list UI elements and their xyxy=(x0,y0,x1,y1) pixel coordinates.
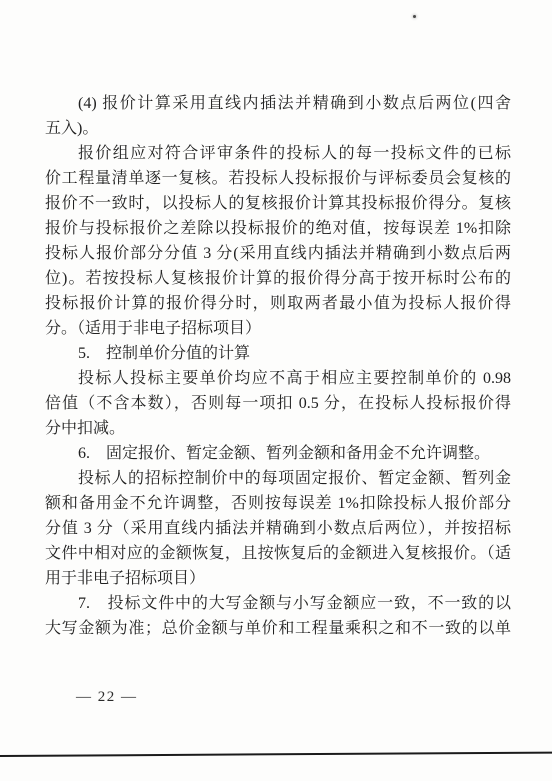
text-line: (4) 报价计算采用直线内插法并精确到小数点后两位(四舍 xyxy=(45,91,511,116)
text-line: 倍值（不含本数），否则每一项扣 0.5 分，在投标人投标报价得 xyxy=(45,391,511,416)
text-line: 投标人的招标控制价中的每项固定报价、暂定金额、暂列金 xyxy=(45,466,511,491)
scan-speck xyxy=(413,15,416,18)
document-text-block: (4) 报价计算采用直线内插法并精确到小数点后两位(四舍 五入)。 报价组应对符… xyxy=(45,91,511,641)
text-line: 位)。若按投标人复核报价计算的报价得分高于按开标时公布的 xyxy=(45,266,511,291)
text-line: 大写金额为准；总价金额与单价和工程量乘积之和不一致的以单 xyxy=(45,616,511,641)
text-line: 报价不一致时，以投标人的复核报价计算其投标报价得分。复核 xyxy=(45,191,511,216)
text-line: 报价与投标报价之差除以投标报价的绝对值，按每误差 1%扣除 xyxy=(45,216,511,241)
text-line: 五入)。 xyxy=(45,116,511,141)
text-line: 用于非电子招标项目） xyxy=(45,566,511,591)
section-heading-7: 7. 投标文件中的大写金额与小写金额应一致，不一致的以 xyxy=(45,591,511,616)
section-heading-6: 6. 固定报价、暂定金额、暂列金额和备用金不允许调整。 xyxy=(45,441,511,466)
text-line: 额和备用金不允许调整，否则按每误差 1%扣除投标人报价部分 xyxy=(45,491,511,516)
text-line: 投标人投标主要单价均应不高于相应主要控制单价的 0.98 xyxy=(45,366,511,391)
text-line: 分中扣减。 xyxy=(45,416,511,441)
scan-edge-line xyxy=(0,752,552,757)
page-number: — 22 — xyxy=(76,689,138,706)
text-line: 报价组应对符合评审条件的投标人的每一投标文件的已标 xyxy=(45,141,511,166)
text-line: 投标人报价部分分值 3 分(采用直线内插法并精确到小数点后两 xyxy=(45,241,511,266)
text-line: 分值 3 分（采用直线内插法并精确到小数点后两位），并按招标 xyxy=(45,516,511,541)
text-line: 分。（适用于非电子招标项目） xyxy=(45,316,511,341)
section-heading-5: 5. 控制单价分值的计算 xyxy=(45,341,511,366)
document-page: (4) 报价计算采用直线内插法并精确到小数点后两位(四舍 五入)。 报价组应对符… xyxy=(0,0,552,781)
text-line: 价工程量清单逐一复核。若投标人投标报价与评标委员会复核的 xyxy=(45,166,511,191)
text-line: 投标报价计算的报价得分时，则取两者最小值为投标人报价得 xyxy=(45,291,511,316)
text-line: 文件中相对应的金额恢复，且按恢复后的金额进入复核报价。（适 xyxy=(45,541,511,566)
